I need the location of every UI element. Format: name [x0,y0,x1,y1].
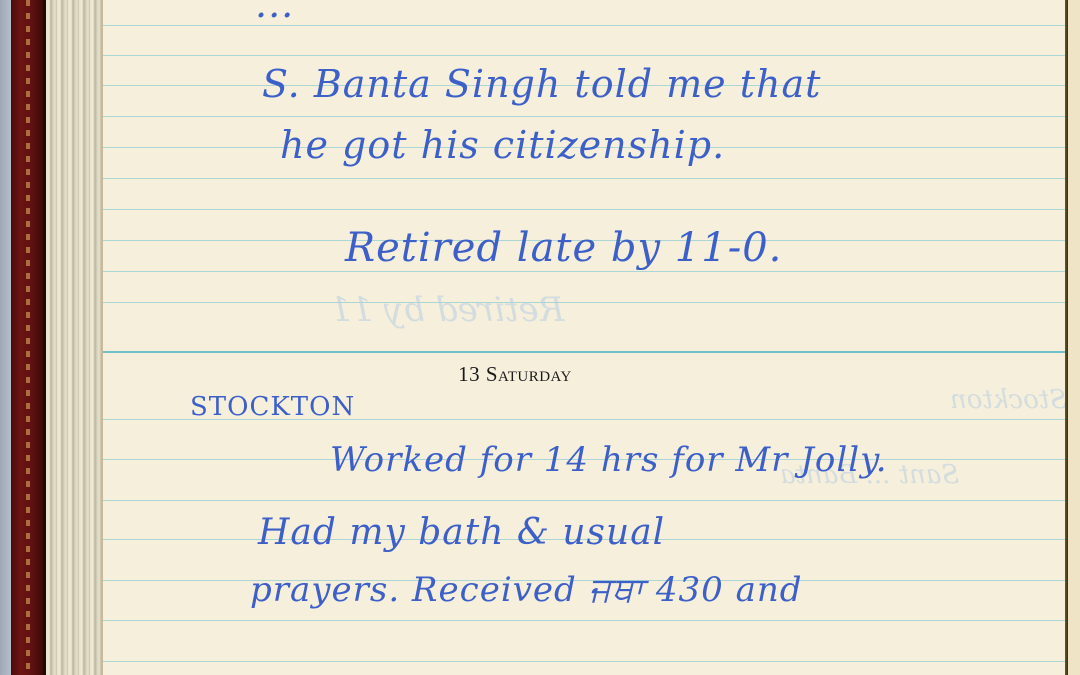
handwritten-line: he got his citizenship. [280,123,725,167]
ruled-line [103,55,1065,56]
ruled-line [103,500,1065,501]
ruled-line [103,620,1065,621]
location-label: STOCKTON [190,392,355,422]
ruled-line [103,116,1065,117]
handwritten-line: prayers. Received ਜਥਾ 430 and [250,570,803,610]
handwritten-line: Worked for 14 hrs for Mr Jolly. [330,440,888,480]
bleed-through-text: Retired by 11 [330,290,564,330]
ruled-line [103,209,1065,210]
day-divider-line [103,351,1065,353]
date-heading: 13 Saturday [415,362,615,387]
ruled-line [103,178,1065,179]
handwritten-line: S. Banta Singh told me that [262,62,821,106]
handwritten-line: Retired late by 11-0. [345,225,782,271]
stacked-page-edges [46,0,102,675]
ruled-line [103,661,1065,662]
background-strip [0,0,11,675]
ruled-line [103,302,1065,303]
adjacent-page-edge [1068,0,1080,675]
bleed-through-text: Stockton [950,385,1067,415]
cover-stitching [26,0,30,675]
ruled-line [103,25,1065,26]
handwritten-line: Had my bath & usual [258,512,665,553]
ruled-line [103,271,1065,272]
handwritten-fragment: ... [255,0,294,26]
